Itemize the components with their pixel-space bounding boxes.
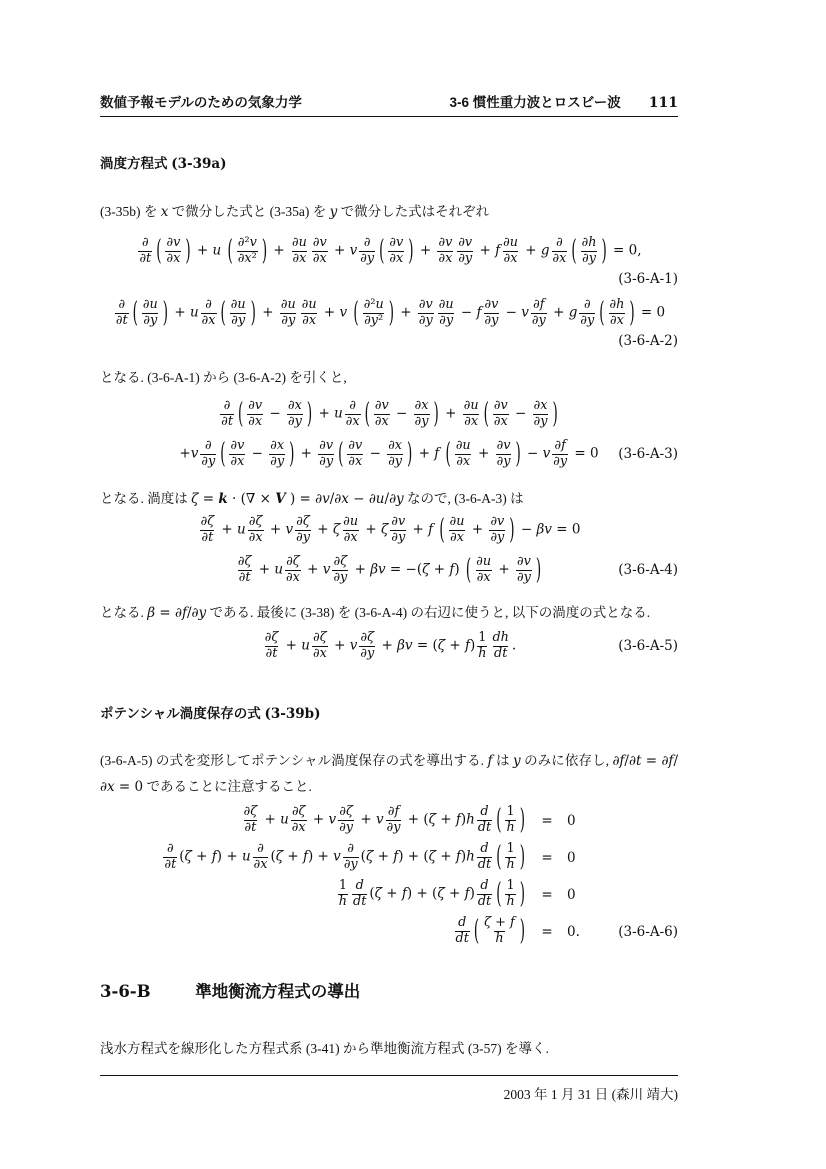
section-number: 3-6-B: [100, 982, 151, 1001]
equation-3-6-A-2: ∂∂t(∂u∂y) + u∂∂x(∂u∂y) + ∂u∂y∂u∂x + v (∂…: [100, 295, 678, 353]
equation-row-1-lhs: ∂ζ∂t + u∂ζ∂x + v∂ζ∂y + v∂f∂y + (ζ + f)hd…: [100, 802, 527, 839]
equation-array-3-6-A-6: ∂ζ∂t + u∂ζ∂x + v∂ζ∂y + v∂f∂y + (ζ + f)hd…: [100, 802, 678, 950]
paragraph-intro: (3-35b) を x で微分した式と (3-35a) を y で微分した式はそ…: [100, 199, 678, 225]
math-content: +v∂∂y(∂v∂x − ∂x∂y) + ∂v∂y(∂v∂x − ∂x∂y) +…: [179, 439, 598, 469]
section-heading-3-6-B: 3-6-B 準地衡流方程式の導出: [100, 980, 678, 1004]
equation-3-6-A-1: ∂∂t(∂v∂x) + u (∂²v∂x²) + ∂u∂x∂v∂x + v∂∂y…: [100, 233, 678, 291]
paragraph-subtract: となる. (3-6-A-1) から (3-6-A-2) を引くと,: [100, 365, 678, 390]
heading-text: ポテンシャル渦度保存の式: [100, 706, 261, 721]
document-page: 数値予報モデルのための気象力学 3-6 慣性重力波とロスビー波 111 渦度方程…: [0, 0, 826, 1169]
paragraph-vorticity-def: となる. 渦度は ζ = k · (∇ × V ) = ∂v/∂x − ∂u/∂…: [100, 486, 678, 512]
math-content: ∂∂t(∂v∂x) + u (∂²v∂x²) + ∂u∂x∂v∂x + v∂∂y…: [136, 236, 641, 266]
section-title: 準地衡流方程式の導出: [195, 983, 360, 1001]
heading-vorticity-equation: 渦度方程式 (3-39a): [100, 152, 678, 172]
heading-potential-vorticity: ポテンシャル渦度保存の式 (3-39b): [100, 702, 678, 722]
equation-line: ∂∂t(∂v∂x) + u (∂²v∂x²) + ∂u∂x∂v∂x + v∂∂y…: [100, 233, 678, 269]
footer-date-author: 2003 年 1 月 31 日 (森川 靖大): [504, 1087, 678, 1102]
equation-row-3-rel: =: [527, 876, 567, 913]
page-footer: 2003 年 1 月 31 日 (森川 靖大): [100, 1075, 678, 1103]
equation-line: ∂∂t(∂v∂x − ∂x∂y) + u∂∂x(∂v∂x − ∂x∂y) + ∂…: [100, 396, 678, 432]
equation-line: ∂ζ∂t + u∂ζ∂x + v∂ζ∂y + βv = (ζ + f)1hdhd…: [100, 628, 678, 664]
math-content: ∂ζ∂t + u∂ζ∂x + v∂ζ∂y + βv = −(ζ + f) (∂u…: [235, 555, 543, 585]
equation-line: ∂ζ∂t + u∂ζ∂x + v∂ζ∂y + ζ∂u∂x + ζ∂v∂y + f…: [100, 512, 678, 548]
equation-row-2-lbl: [593, 839, 678, 876]
equation-label: (3-6-A-4): [618, 562, 678, 578]
equation-row-4-lhs: ddt(ζ + fh): [100, 913, 527, 950]
equation-3-6-A-4: ∂ζ∂t + u∂ζ∂x + v∂ζ∂y + ζ∂u∂x + ζ∂v∂y + f…: [100, 512, 678, 588]
equation-row-2-lhs: ∂∂t(ζ + f) + u∂∂x(ζ + f) + v∂∂y(ζ + f) +…: [100, 839, 527, 876]
equation-row-4-rel: =: [527, 913, 567, 950]
equation-3-6-A-3: ∂∂t(∂v∂x − ∂x∂y) + u∂∂x(∂v∂x − ∂x∂y) + ∂…: [100, 396, 678, 472]
equation-row-4-lbl: (3-6-A-6): [593, 913, 678, 950]
header-section-title: 3-6 慣性重力波とロスビー波: [450, 91, 621, 111]
heading-text: 渦度方程式: [100, 156, 168, 171]
page-header: 数値予報モデルのための気象力学 3-6 慣性重力波とロスビー波 111: [100, 0, 678, 117]
equation-row-3-lbl: [593, 876, 678, 913]
paragraph-derivation-note: (3-6-A-5) の式を変形してポテンシャル渦度保存の式を導出する. f は …: [100, 748, 678, 800]
paragraph-beta: となる. β = ∂f/∂y である. 最後に (3-38) を (3-6-A-…: [100, 600, 678, 626]
equation-row-1-rel: =: [527, 802, 567, 839]
equation-row-2-rel: =: [527, 839, 567, 876]
equation-label: (3-6-A-3): [618, 446, 678, 462]
page-number: 111: [649, 95, 678, 111]
equation-row-1-rhs: 0: [567, 802, 593, 839]
equation-line: ∂∂t(∂u∂y) + u∂∂x(∂u∂y) + ∂u∂y∂u∂x + v (∂…: [100, 295, 678, 331]
equation-row-4-rhs: 0.: [567, 913, 593, 950]
header-book-title: 数値予報モデルのための気象力学: [100, 91, 450, 111]
equation-label: (3-6-A-1): [100, 271, 678, 291]
equation-line: +v∂∂y(∂v∂x − ∂x∂y) + ∂v∂y(∂v∂x − ∂x∂y) +…: [100, 436, 678, 472]
equation-row-3-rhs: 0: [567, 876, 593, 913]
math-content: ∂ζ∂t + u∂ζ∂x + v∂ζ∂y + ζ∂u∂x + ζ∂v∂y + f…: [198, 515, 581, 545]
math-content: ∂∂t(∂u∂y) + u∂∂x(∂u∂y) + ∂u∂y∂u∂x + v (∂…: [113, 298, 665, 328]
math-content: ∂ζ∂t + u∂ζ∂x + v∂ζ∂y + βv = (ζ + f)1hdhd…: [262, 631, 516, 661]
equation-3-6-A-5: ∂ζ∂t + u∂ζ∂x + v∂ζ∂y + βv = (ζ + f)1hdhd…: [100, 628, 678, 664]
equation-row-2-rhs: 0: [567, 839, 593, 876]
equation-row-3-lhs: 1hddt(ζ + f) + (ζ + f)ddt(1h): [100, 876, 527, 913]
math-content: ∂∂t(∂v∂x − ∂x∂y) + u∂∂x(∂v∂x − ∂x∂y) + ∂…: [218, 399, 560, 429]
paragraph-shallow-water: 浅水方程式を線形化した方程式系 (3-41) から準地衡流方程式 (3-57) …: [100, 1036, 678, 1061]
equation-line: ∂ζ∂t + u∂ζ∂x + v∂ζ∂y + βv = −(ζ + f) (∂u…: [100, 552, 678, 588]
equation-row-1-lbl: [593, 802, 678, 839]
equation-label: (3-6-A-2): [100, 333, 678, 353]
equation-label: (3-6-A-5): [618, 638, 678, 654]
